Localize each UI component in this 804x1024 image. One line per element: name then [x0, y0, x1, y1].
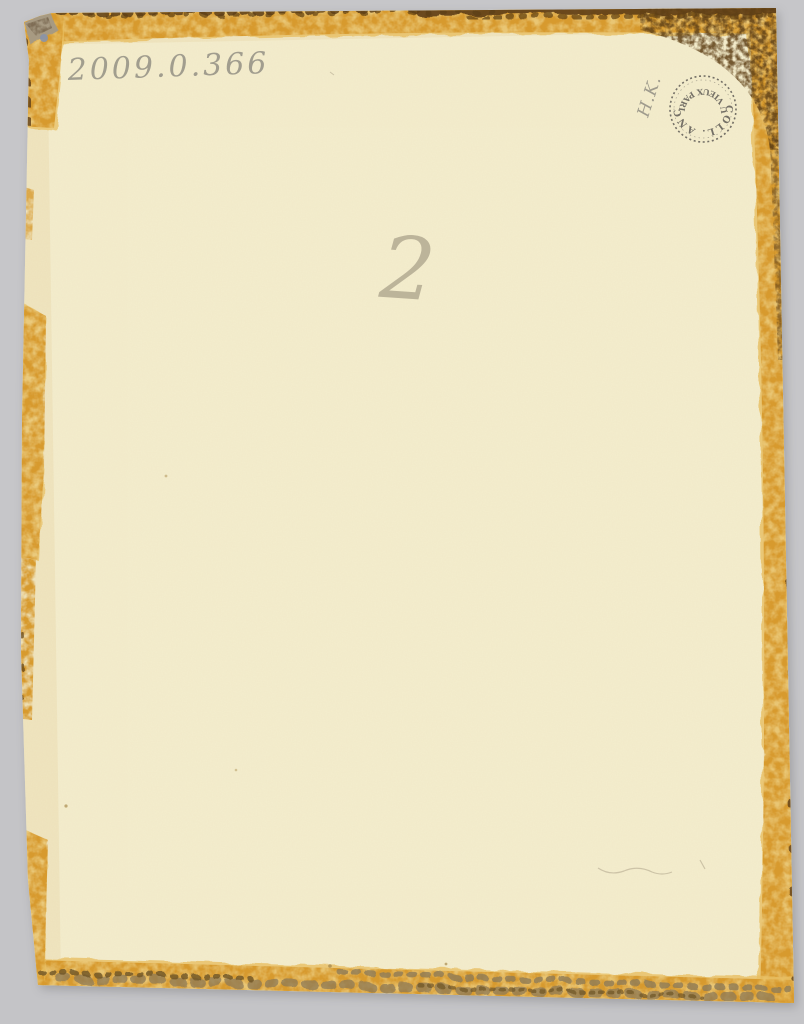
accession-number-inscription: 2009.0.366 — [66, 46, 270, 88]
center-numeral-inscription: 2 — [376, 218, 439, 322]
archival-photograph: 2009.0.366 H.K. 2 COLL. ANC. DU VIEUX PA… — [0, 0, 804, 1024]
paper-grain — [0, 0, 804, 1024]
blue-speck — [40, 34, 48, 42]
photo-verso-scene: 2009.0.366 H.K. 2 COLL. ANC. DU VIEUX PA… — [0, 0, 804, 1024]
